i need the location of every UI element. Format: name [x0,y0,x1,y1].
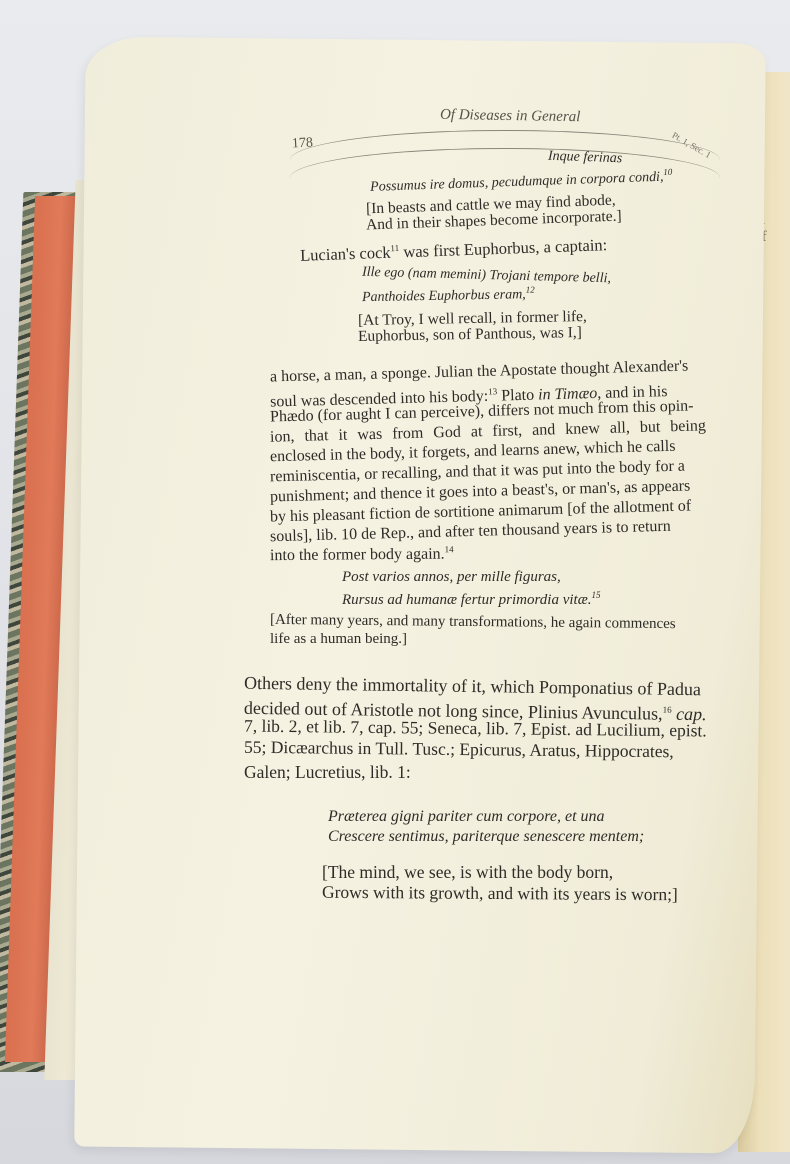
prose-line: into the former body again.14 [270,539,454,566]
verse-line: Rursus ad humanæ fertur primordia vitæ.1… [342,588,600,608]
translation-line: life as a human being.] [270,631,407,648]
footnote-ref: 12 [526,284,535,294]
prose-line: Lucian's cock11 was first Euphorbus, a c… [300,231,608,266]
verse-line: Inque ferinas [548,149,623,167]
verse-line: Post varios annos, per mille figuras, [342,570,561,585]
prose-text: was first Euphorbus, a captain: [399,235,608,261]
running-head: Of Diseases in General 178 Pt. 1, Sec. 1 [290,100,720,160]
verse-text: Possumus ire domus, pecudumque in corpor… [370,170,664,195]
page-content: Of Diseases in General 178 Pt. 1, Sec. 1… [0,0,790,1164]
translation-line: [The mind, we see, is with the body born… [322,862,613,882]
translation-line: Grows with its growth, and with its year… [322,882,678,904]
footnote-ref: 10 [663,167,672,177]
verse-line: Crescere sentimus, pariterque senescere … [328,828,644,846]
translation-line: Euphorbus, son of Panthous, was I,] [358,324,582,345]
footnote-ref: 15 [591,590,600,600]
footnote-ref: 14 [445,544,454,554]
translation-line: [After many years, and many transformati… [270,612,676,633]
prose-line: Galen; Lucretius, lib. 1: [244,762,411,783]
page-number: 178 [292,135,314,152]
verse-line: Præterea gigni pariter cum corpore, et u… [328,808,605,826]
prose-text: into the former body again. [270,546,445,565]
prose-line: 55; Dicæarchus in Tull. Tusc.; Epicurus,… [244,737,674,762]
footnote-ref: 16 [663,705,672,715]
verse-text: Panthoides Euphorbus eram, [362,287,526,305]
chapter-title: Of Diseases in General [440,107,581,126]
verse-text: Rursus ad humanæ fertur primordia vitæ. [342,592,591,608]
prose-text: Lucian's cock [300,243,391,265]
verse-line: Panthoides Euphorbus eram,12 [362,282,535,305]
